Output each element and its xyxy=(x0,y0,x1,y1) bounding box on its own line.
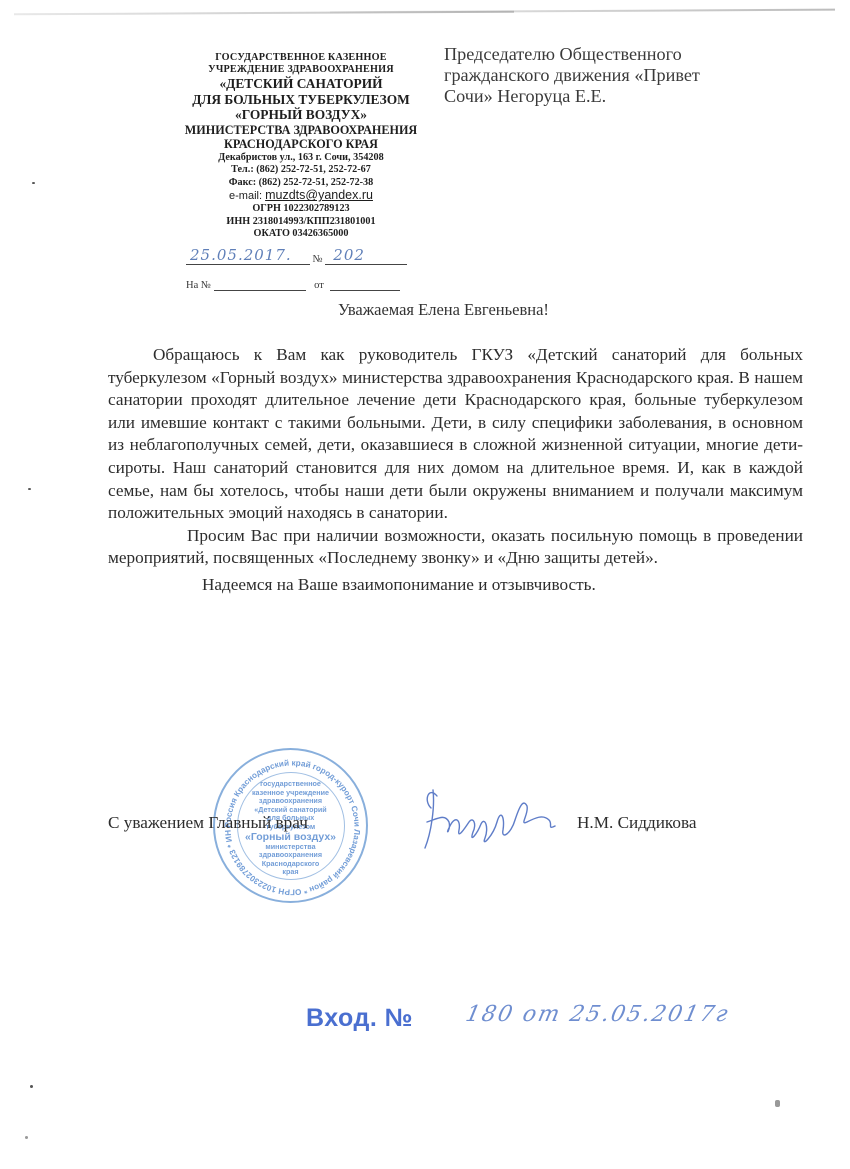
date-handwritten: 25.05.2017. xyxy=(190,246,292,264)
addressee-line: Председателю Общественного xyxy=(444,44,734,65)
letterhead-phone: Тел.: (862) 252-72-51, 252-72-67 xyxy=(170,164,432,177)
letterhead-line: «ДЕТСКИЙ САНАТОРИЙ xyxy=(170,76,432,92)
reply-number-field xyxy=(214,277,306,291)
body-paragraph: Просим Вас при наличии возможности, оказ… xyxy=(108,525,803,570)
date-field: 25.05.2017. xyxy=(186,251,310,265)
outgoing-reference: 25.05.2017. № 202 xyxy=(186,251,407,265)
from-label: от xyxy=(314,280,324,291)
addressee-block: Председателю Общественного гражданского … xyxy=(444,44,734,107)
email-link[interactable]: muzdts@yandex.ru xyxy=(265,188,373,202)
scan-speck xyxy=(25,1136,28,1139)
seal-line: края xyxy=(243,868,338,877)
scan-speck xyxy=(32,182,35,184)
letterhead-line: УЧРЕЖДЕНИЕ ЗДРАВООХРАНЕНИЯ xyxy=(170,64,432,76)
addressee-line: Сочи» Негоруца Е.Е. xyxy=(444,86,734,107)
closing-title: С уважением Главный врач xyxy=(108,813,308,833)
letterhead-line: ДЛЯ БОЛЬНЫХ ТУБЕРКУЛЕЗОМ xyxy=(170,92,432,108)
incoming-label: Вход. № xyxy=(306,1004,413,1033)
number-handwritten: 202 xyxy=(333,246,365,264)
letterhead-inn-kpp: ИНН 2318014993/КПП231801001 xyxy=(170,216,432,229)
addressee-line: гражданского движения «Привет xyxy=(444,65,734,86)
email-label: e-mail: xyxy=(229,190,265,202)
salutation: Уважаемая Елена Евгеньевна! xyxy=(338,300,549,319)
reply-reference: На № от xyxy=(186,277,400,291)
scan-speck xyxy=(775,1100,780,1107)
incoming-handwritten: 180 от 25.05.2017г xyxy=(463,1002,731,1027)
letter-body: Обращаюсь к Вам как руководитель ГКУЗ «Д… xyxy=(108,344,803,597)
reply-label: На № xyxy=(186,280,211,291)
number-label: № xyxy=(313,254,323,265)
handwritten-signature xyxy=(415,778,575,853)
body-paragraph: Обращаюсь к Вам как руководитель ГКУЗ «Д… xyxy=(108,344,803,525)
letterhead-line: «ГОРНЫЙ ВОЗДУХ» xyxy=(170,107,432,123)
scan-speck xyxy=(28,488,31,490)
signatory-name: Н.М. Сидд­икова xyxy=(577,813,697,833)
letterhead-line: МИНИСТЕРСТВА ЗДРАВООХРАНЕНИЯ xyxy=(170,123,432,138)
letterhead-line: КРАСНОДАРСКОГО КРАЯ xyxy=(170,137,432,152)
reply-date-field xyxy=(330,277,400,291)
body-paragraph: Надеемся на Ваше взаимопонимание и отзыв… xyxy=(108,574,803,597)
letterhead-okato: ОКАТО 03426365000 xyxy=(170,228,432,241)
scan-speck xyxy=(30,1085,33,1088)
letterhead: ГОСУДАРСТВЕННОЕ КАЗЕННОЕ УЧРЕЖДЕНИЕ ЗДРА… xyxy=(170,52,432,241)
number-field: 202 xyxy=(325,251,407,265)
letterhead-address: Декабристов ул., 163 г. Сочи, 354208 xyxy=(170,152,432,165)
scan-edge-line xyxy=(330,9,835,14)
letterhead-line: ГОСУДАРСТВЕННОЕ КАЗЕННОЕ xyxy=(170,52,432,64)
letterhead-email-row: e-mail: muzdts@yandex.ru xyxy=(170,189,432,203)
salutation-row: Уважаемая Елена Евгеньевна! xyxy=(0,300,850,320)
letterhead-ogrn: ОГРН 1022302789123 xyxy=(170,203,432,216)
